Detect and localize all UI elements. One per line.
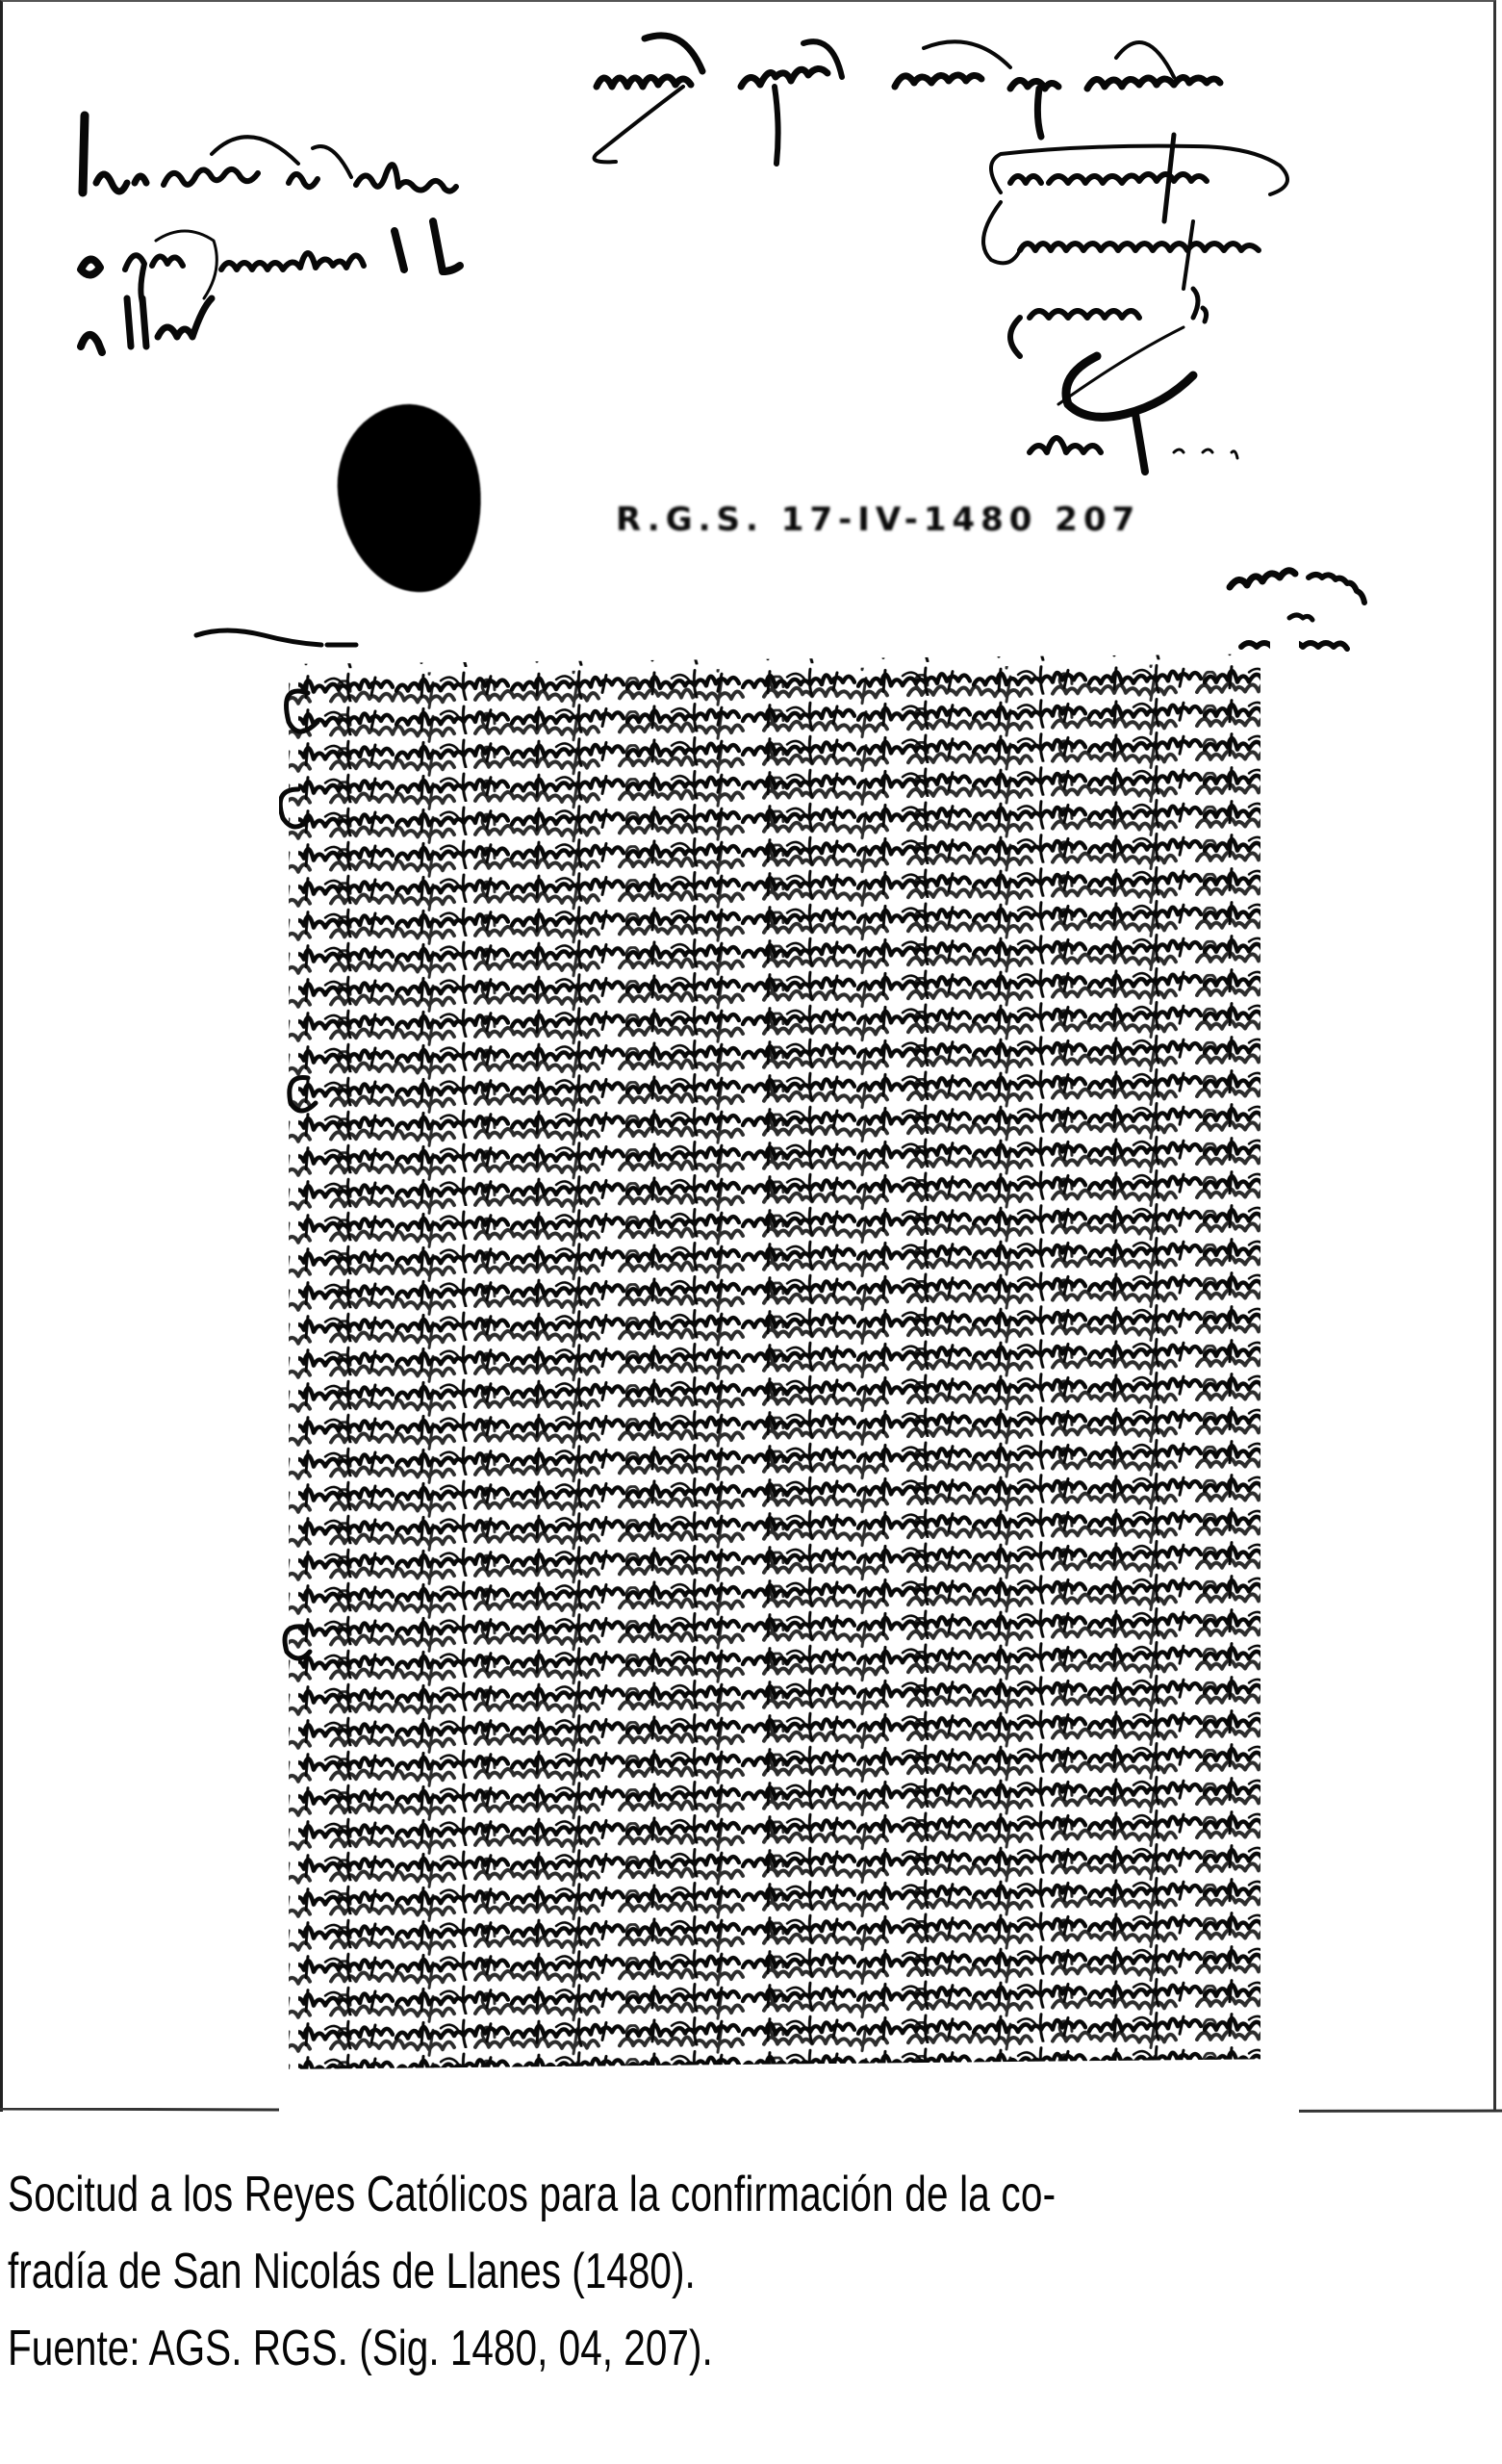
handwriting-scribble-icon xyxy=(67,106,491,356)
caption-line-2: fradía de San Nicolás de Llanes (1480). xyxy=(8,2233,1163,2310)
top-right-note xyxy=(577,29,1463,481)
handwriting-scribble-icon xyxy=(279,635,1299,2117)
document-page: R.G.S. 17-IV-1480 207 xyxy=(0,0,1502,2464)
caption-source-line: Fuente: AGS. RGS. (Sig. 1480, 04, 207). xyxy=(8,2310,1163,2387)
figure-caption: Socitud a los Reyes Católicos para la co… xyxy=(8,2156,1163,2387)
manuscript-body-text xyxy=(279,635,1299,2117)
left-margin-note xyxy=(67,106,491,356)
archive-stamp: R.G.S. 17-IV-1480 207 xyxy=(616,500,1140,539)
handwriting-scribble-icon xyxy=(577,29,1463,481)
caption-line-1: Socitud a los Reyes Católicos para la co… xyxy=(8,2156,1163,2233)
